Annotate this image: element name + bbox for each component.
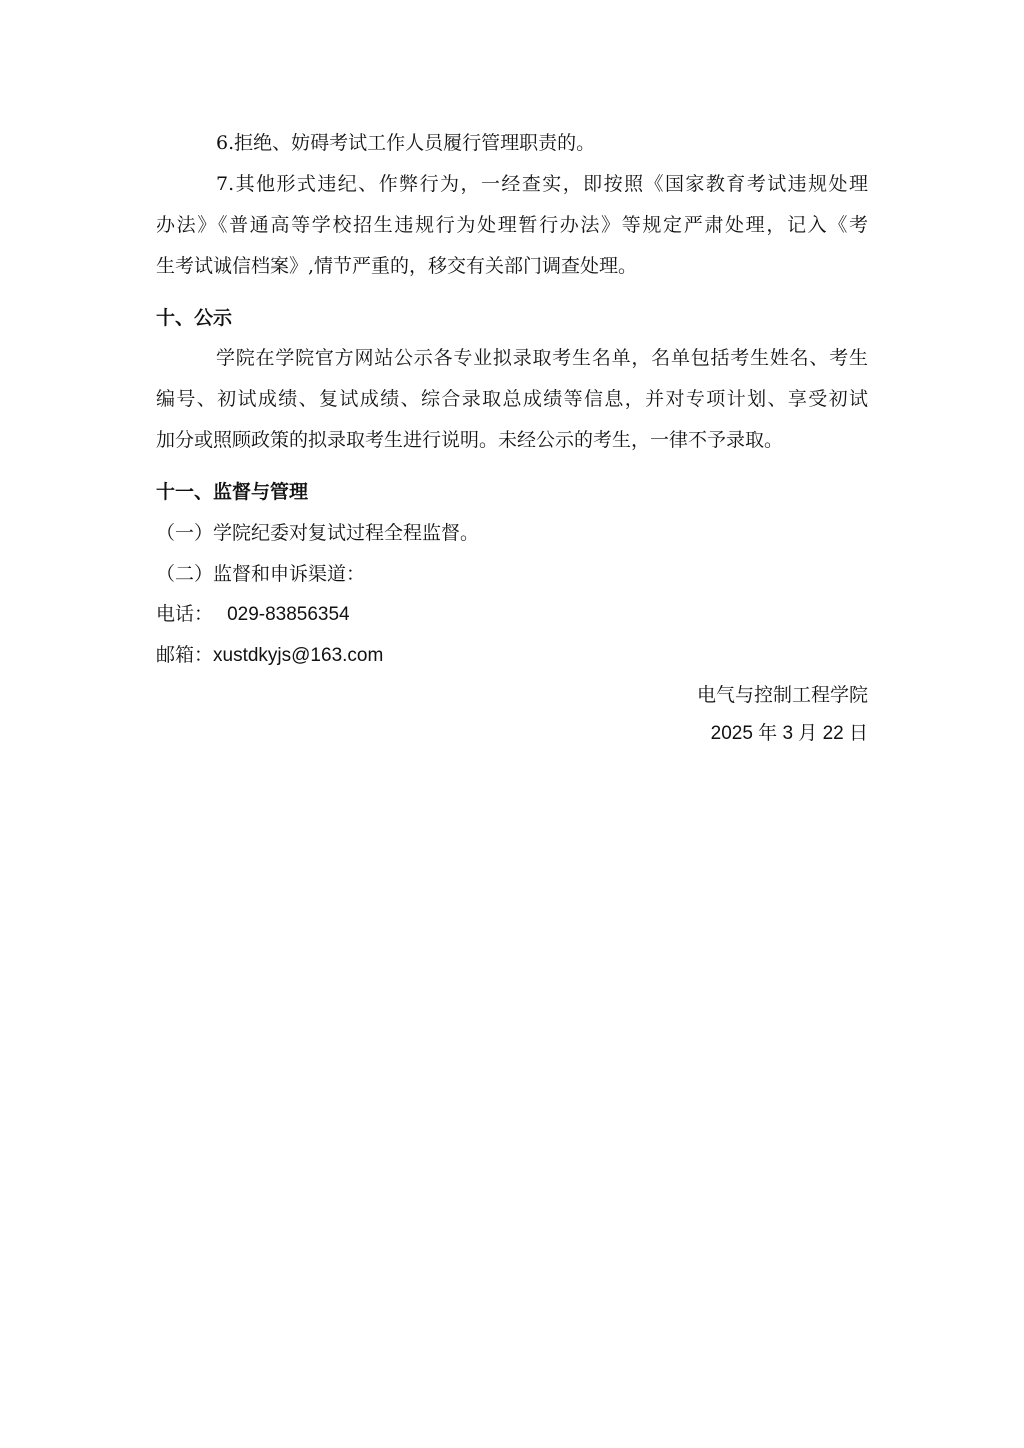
email-address: xustdkyjs@163.com [213,645,383,666]
supervision-item-1: （一）学院纪委对复试过程全程监督。 [156,518,868,548]
section-10-paragraph-line-3: 加分或照顾政策的拟录取考生进行说明。未经公示的考生，一律不予录取。 [156,425,868,455]
rule-item-7-line-3: 生考试诚信档案》,情节严重的，移交有关部门调查处理。 [156,251,868,281]
rule-item-7-line-2: 办法》《普通高等学校招生违规行为处理暂行办法》等规定严肃处理，记入《考 [156,210,868,240]
document-page: 6.拒绝、妨碍考试工作人员履行管理职责的。 7.其他形式违纪、作弊行为，一经查实… [0,0,1024,1448]
rule-item-6: 6.拒绝、妨碍考试工作人员履行管理职责的。 [216,128,868,158]
section-10-heading: 十、公示 [156,303,868,333]
phone-number: 029-83856354 [227,604,350,625]
section-10-paragraph-line-2: 编号、初试成绩、复试成绩、综合录取总成绩等信息，并对专项计划、享受初试 [156,384,868,414]
email-label: 邮箱： [156,644,213,666]
section-11-heading: 十一、监督与管理 [156,477,868,507]
phone-row: 电话： 029-83856354 [156,599,868,629]
supervision-item-2: （二）监督和申诉渠道： [156,559,868,589]
section-10-paragraph-line-1: 学院在学院官方网站公示各专业拟录取考生名单，名单包括考生姓名、考生 [216,343,868,373]
phone-label: 电话： [156,603,213,625]
email-row: 邮箱：xustdkyjs@163.com [156,640,868,670]
rule-item-7-line-1: 7.其他形式违纪、作弊行为，一经查实，即按照《国家教育考试违规处理 [216,169,868,199]
signature-org: 电气与控制工程学院 [156,680,868,710]
signature-date: 2025 年 3 月 22 日 [156,719,868,749]
